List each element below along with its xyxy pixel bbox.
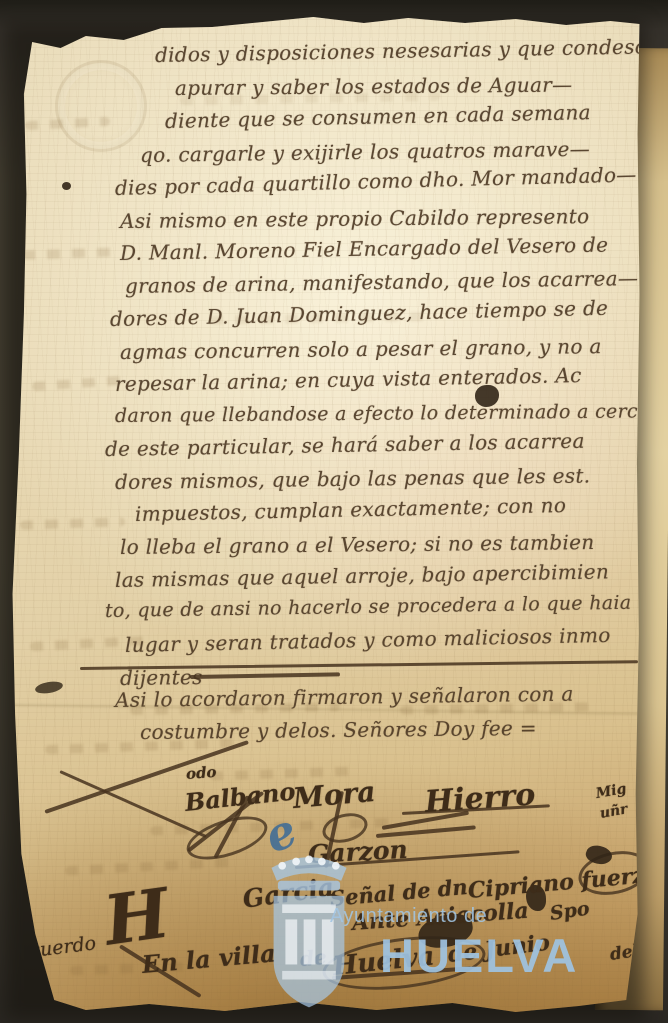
embossed-seal <box>55 60 147 152</box>
manuscript-line: to, que de ansi no hacerlo se procedera … <box>105 592 632 622</box>
manuscript-line: lo lleba el grano a el Vesero; si no es … <box>120 530 595 559</box>
signature-hierro: Hierro <box>424 777 537 820</box>
signature-garzon: Garzon <box>307 835 408 869</box>
manuscript-line: dores de D. Juan Dominguez, hace tiempo … <box>110 296 609 331</box>
bleedthrough-mark <box>20 517 125 530</box>
ink-blot <box>62 182 71 190</box>
manuscript-line: diente que se consumen en cada semana <box>165 100 591 133</box>
signature-garcia: Garcia <box>241 872 336 913</box>
manuscript-line: apurar y saber los estados de Aguar— <box>175 73 573 100</box>
manuscript-line: repesar la arina; en cuya vista enterado… <box>115 363 582 396</box>
manuscript-line: qo. cargarle y exijirle los quatros mara… <box>140 137 590 167</box>
signature-spo: Spo <box>548 898 590 925</box>
manuscript-line: de este particular, se hará saber a los … <box>105 429 585 461</box>
manuscript-line: didos y disposiciones nesesarias y que c… <box>155 34 668 67</box>
manuscript-line: agmas concurren solo a pesar el grano, y… <box>120 334 602 364</box>
manuscript-line: impuestos, cumplan exactamente; con no <box>135 493 567 526</box>
signature-fragment: odo <box>185 763 217 783</box>
manuscript-line: daron que llebandose a efecto lo determi… <box>115 400 650 427</box>
dateline-de: de <box>299 945 328 971</box>
rule-underline <box>190 672 340 678</box>
bleedthrough-mark <box>22 247 122 259</box>
signature-right-margin: Mig <box>595 781 628 802</box>
manuscript-line: costumbre y delos. Señores Doy fee = <box>140 716 537 744</box>
manuscript-line: Asi mismo en este propio Cabildo represe… <box>120 204 590 233</box>
signature-cipriano: Cipriano fuerz <box>467 863 646 904</box>
bleedthrough-mark <box>32 376 122 391</box>
manuscript-line: lugar y seran tratados y como maliciosos… <box>125 623 611 657</box>
manuscript-line: las mismas que aquel arroje, bajo aperci… <box>115 559 609 592</box>
bleedthrough-mark <box>65 858 235 876</box>
signature-right-margin: uñr <box>599 801 629 822</box>
manuscript-line: dores mismos, que bajo las penas que les… <box>115 463 591 494</box>
manuscript-line: granos de arina, manifestando, que los a… <box>125 266 639 298</box>
signature-balbano: Balbano <box>183 777 296 817</box>
manuscript-line: D. Manl. Moreno Fiel Encargado del Veser… <box>120 232 609 265</box>
manuscript-line: dies por cada quartillo como dho. Mor ma… <box>115 162 637 200</box>
signature-mora: Mora <box>292 775 377 815</box>
ink-blot <box>34 680 63 696</box>
manuscript-page: didos y disposiciones nesesarias y que c… <box>10 14 642 1014</box>
